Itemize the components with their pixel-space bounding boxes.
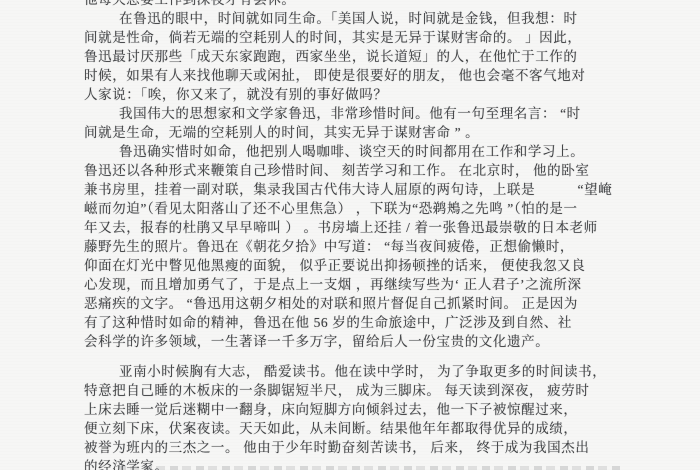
- text-line: 恶痛疾的文字。 “鲁迅用这朝夕相处的对联和照片督促自己抓紧时间。 正是因为: [84, 294, 684, 313]
- text-line: 心发现，而且增加勇气了，于是点上一支烟 ，再继续写些为‘ 正人君子’之流所深: [84, 275, 684, 294]
- text-line: 鲁迅还以各种形式来鞭策自己珍惜时间、 刻苦学习和工作。 在北京时， 他的卧室: [84, 161, 684, 180]
- text-line: 被誉为班内的三杰之一。 他由于少年时勤奋刻苦读书， 后来， 终于成为我国杰出: [84, 438, 684, 457]
- cut-off-text-line-bottom: [118, 466, 623, 470]
- text-line: 人家说：「唉，你又来了，就没有别的事好做吗？: [84, 85, 684, 104]
- text-line: 间就是性命，倘若无端的空耗别人的时间，其实是无异于谋财害命的。 」因此，: [84, 28, 684, 47]
- text-line: 间就是生命，无端的空耗别人的时间，其实无异于谋财害命 ” 。: [84, 123, 684, 142]
- paragraph-top-cut: 他每天总要工作到深夜才肯罢休。: [84, 0, 684, 9]
- paragraph: 我国伟大的思想家和文学家鲁迅，非常珍惜时间。他有一句至理名言： “时间就是生命，…: [84, 104, 684, 142]
- text-line: 亚南小时候胸有大志， 酷爱读书。他在读中学时， 为了争取更多的时间读书，: [84, 362, 684, 381]
- text-line: 鲁迅确实惜时如命，他把别人喝咖啡、谈空天的时间都用在工作和学习上。: [84, 142, 684, 161]
- text-line: 有了这种惜时如命的精神，鲁迅在他 56 岁的生命旅途中，广泛涉及到自然、社: [84, 313, 684, 332]
- text-line: 嵫而勿迫”（看见太阳落山了还不心里焦急） ，下联为“恐鹈鴂之先鸣 ”（怕的是一: [84, 199, 684, 218]
- text-line: 年又去，报春的杜鹃又早早啼叫 ） 。书房墙上还挂 / 着一张鲁迅最崇敬的日本老师: [84, 218, 684, 237]
- text-line: 他每天总要工作到深夜才肯罢休。: [84, 0, 684, 9]
- text-line: 会科学的许多领域，一生著译一千多万字，留给后人一份宝贵的文化遗产。: [84, 332, 684, 351]
- text-line: 仰面在灯光中瞥见他黑瘦的面貌， 似乎正要说出抑扬顿挫的话来， 便使我忽又良: [84, 256, 684, 275]
- paragraph: 亚南小时候胸有大志， 酷爱读书。他在读中学时， 为了争取更多的时间读书，特意把自…: [84, 362, 684, 470]
- paragraph: 鲁迅确实惜时如命，他把别人喝咖啡、谈空天的时间都用在工作和学习上。鲁迅还以各种形…: [84, 142, 684, 351]
- text-line: 上床去睡一觉后迷糊中一翻身，床向短脚方向倾斜过去，他一下子被惊醒过来，: [84, 400, 684, 419]
- text-line: 藤野先生的照片。鲁迅在《朝花夕拾》中写道： “每当夜间疲倦，正想偷懒时，: [84, 237, 684, 256]
- text-line: 时候，如果有人来找他聊天或闲扯， 即使是很要好的朋友， 他也会毫不客气地对: [84, 66, 684, 85]
- text-line: 在鲁迅的眼中，时间就如同生命。「美国人说，时间就是金钱，但我想：时: [84, 9, 684, 28]
- text-block: 他每天总要工作到深夜才肯罢休。在鲁迅的眼中，时间就如同生命。「美国人说，时间就是…: [84, 0, 684, 470]
- text-line: 便立刻下床，伏案夜读。天天如此，从未间断。结果他年年都取得优异的成绩，: [84, 419, 684, 438]
- document-page: 他每天总要工作到深夜才肯罢休。在鲁迅的眼中，时间就如同生命。「美国人说，时间就是…: [0, 0, 700, 470]
- text-line: 鲁迅最讨厌那些「成天东家跑跑，西家坐坐，说长道短」的人，在他忙于工作的: [84, 47, 684, 66]
- text-line: 兼书房里，挂着一副对联，集录我国古代伟大诗人屈原的两句诗，上联是 “望崦: [84, 180, 684, 199]
- text-line: 我国伟大的思想家和文学家鲁迅，非常珍惜时间。他有一句至理名言： “时: [84, 104, 684, 123]
- paragraph: 在鲁迅的眼中，时间就如同生命。「美国人说，时间就是金钱，但我想：时间就是性命，倘…: [84, 9, 684, 104]
- text-line: 特意把自己睡的木板床的一条脚锯短半尺， 成为三脚床。 每天读到深夜， 疲劳时: [84, 381, 684, 400]
